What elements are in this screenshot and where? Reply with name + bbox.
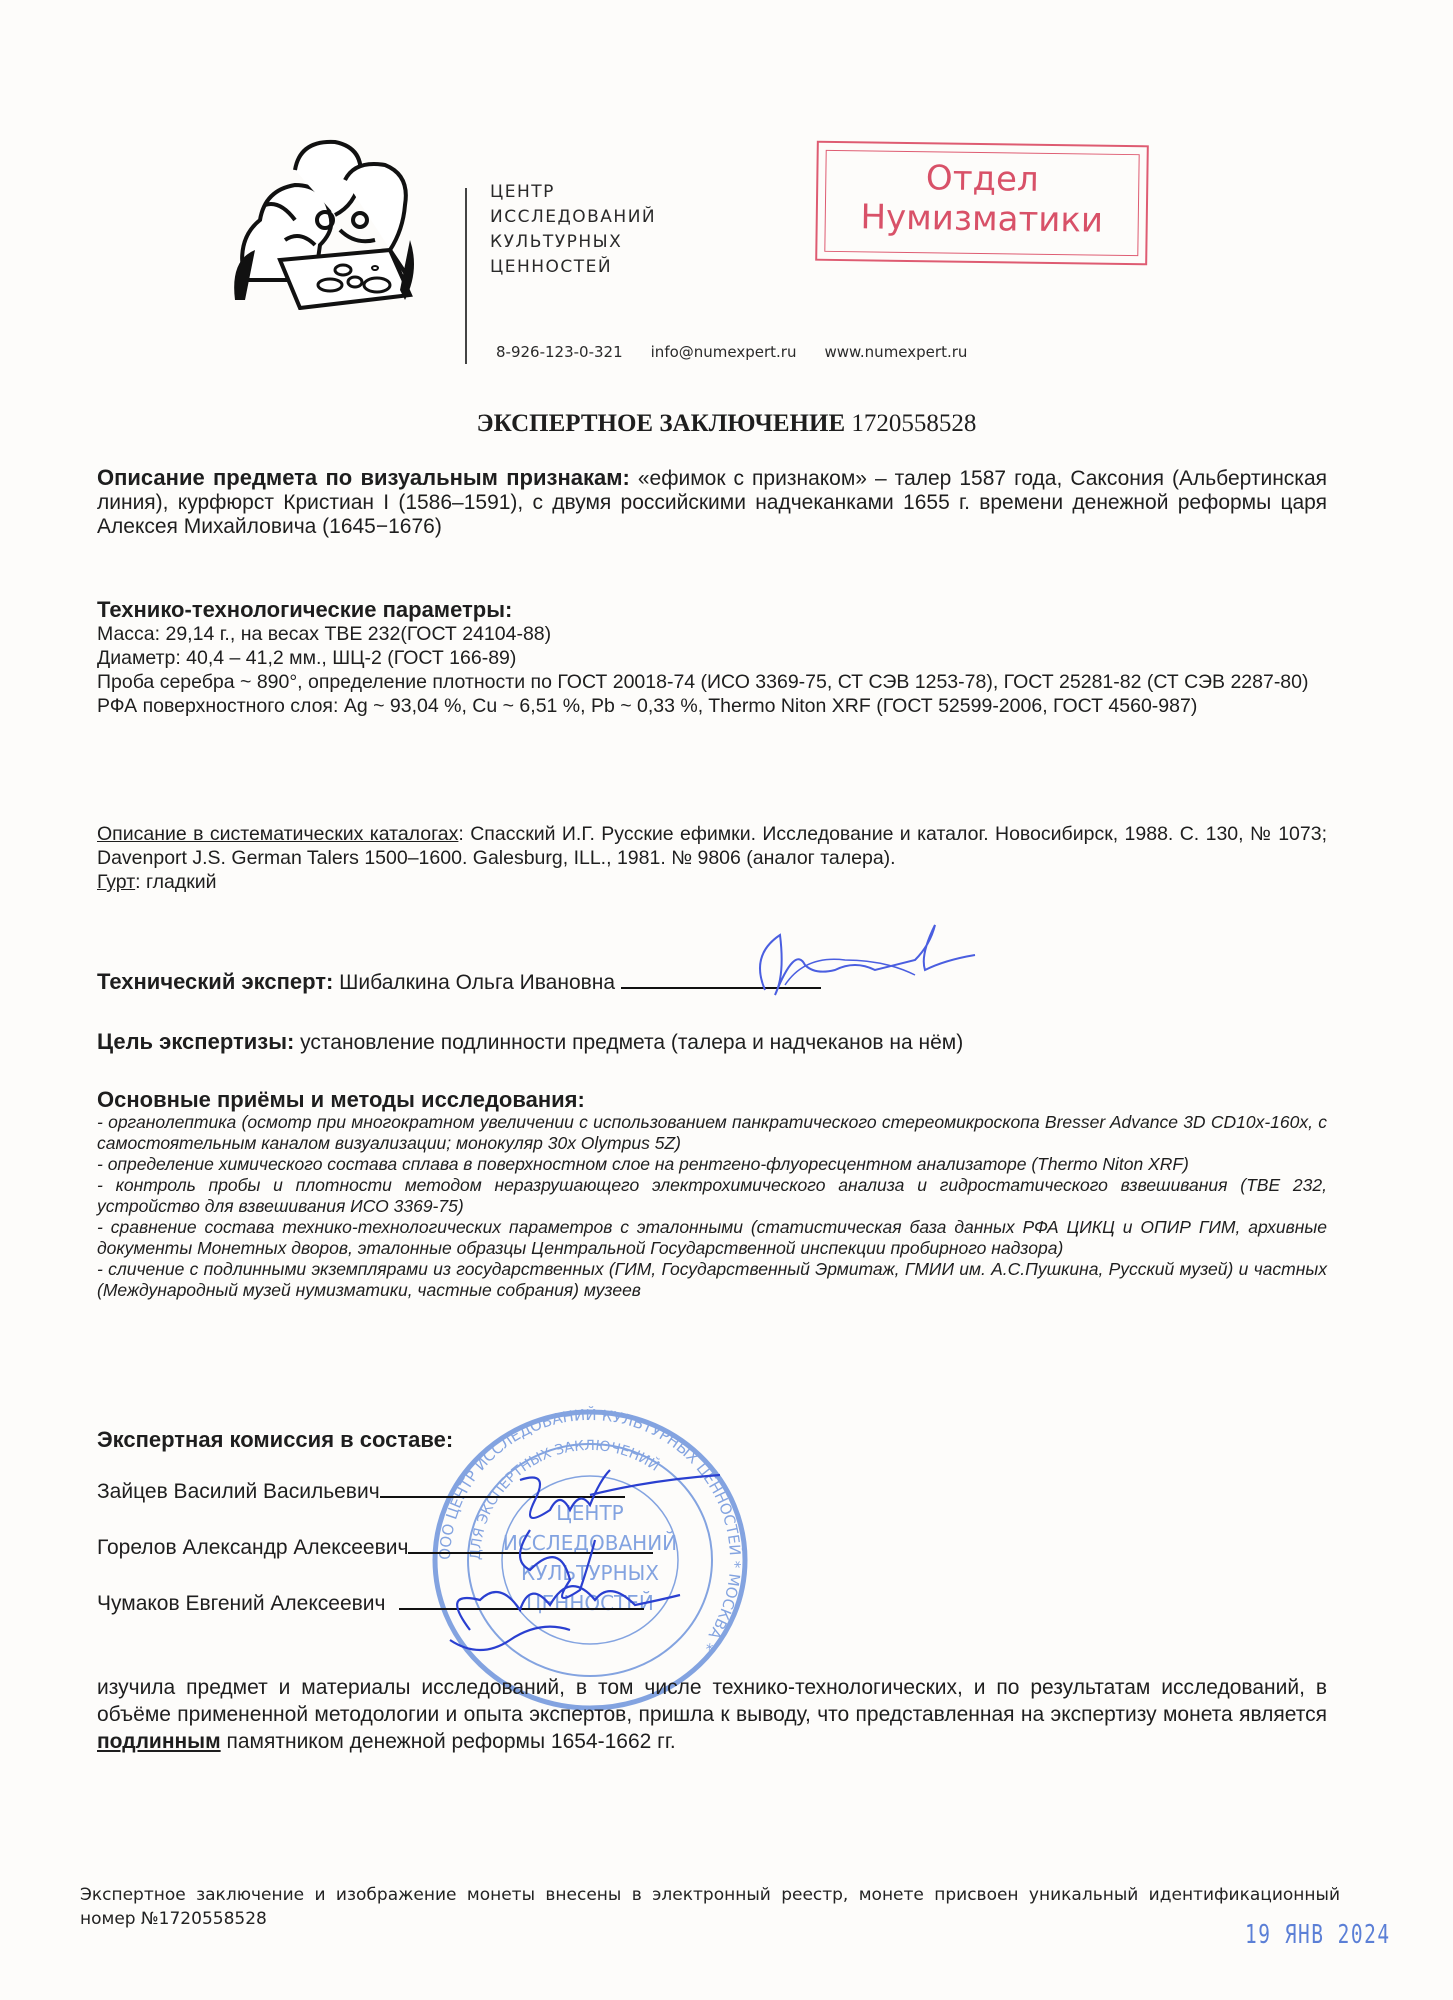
tech-expert-name: Шибалкина Ольга Ивановна	[333, 971, 621, 994]
catalogs-section: Описание в систематических каталогах: Сп…	[97, 822, 1327, 894]
goal-text: установление подлинности предмета (талер…	[294, 1031, 963, 1054]
department-stamp: Отдел Нумизматики	[815, 141, 1149, 266]
header-divider	[465, 188, 467, 364]
signature-line	[408, 1552, 653, 1554]
tech-expert-label: Технический эксперт:	[97, 969, 333, 994]
tech-expert-signature-line	[621, 987, 821, 989]
conclusion-paragraph: изучила предмет и материалы исследований…	[97, 1674, 1327, 1755]
signature-line	[399, 1608, 644, 1610]
website-link[interactable]: www.numexpert.ru	[824, 343, 967, 361]
contact-line: 8-926-123-0-321 info@numexpert.ru www.nu…	[496, 343, 967, 361]
commission-member: Зайцев Василий Васильевич	[97, 1480, 380, 1503]
phone: 8-926-123-0-321	[496, 343, 623, 361]
catalogs-label: Описание в систематических каталогах	[97, 823, 458, 845]
commission-member: Горелов Александр Алексеевич	[97, 1536, 408, 1559]
goal-line: Цель экспертизы: установление подлинност…	[97, 1030, 1327, 1055]
organization-name: ЦЕНТР ИССЛЕДОВАНИЙ КУЛЬТУРНЫХ ЦЕННОСТЕЙ	[490, 180, 656, 280]
tech-expert-line: Технический эксперт: Шибалкина Ольга Ива…	[97, 970, 1327, 995]
certificate-number: 1720558528	[851, 410, 976, 437]
technical-heading: Технико-технологические параметры:	[97, 598, 1327, 622]
methods-section: Основные приёмы и методы исследования: -…	[97, 1088, 1327, 1301]
logo-illustration	[225, 130, 425, 310]
fineness-line: Проба серебра ~ 890°, определение плотно…	[97, 670, 1327, 694]
method-item: - органолептика (осмотр при многократном…	[97, 1112, 1327, 1154]
conclusion-text: изучила предмет и материалы исследований…	[97, 1676, 1327, 1726]
methods-heading: Основные приёмы и методы исследования:	[97, 1088, 1327, 1112]
conclusion-text-end: памятником денежной реформы 1654-1662 гг…	[221, 1730, 676, 1753]
signature-line	[380, 1496, 625, 1498]
org-line-4: ЦЕННОСТЕЙ	[490, 255, 656, 280]
description-heading: Описание предмета по визуальным признака…	[97, 465, 630, 490]
diameter-line: Диаметр: 40,4 – 41,2 мм., ШЦ-2 (ГОСТ 166…	[97, 646, 1327, 670]
goal-label: Цель экспертизы:	[97, 1029, 294, 1054]
document-title: ЭКСПЕРТНОЕ ЗАКЛЮЧЕНИЕ 1720558528	[0, 410, 1453, 438]
edge-label: Гурт	[97, 871, 135, 893]
email-link[interactable]: info@numexpert.ru	[651, 343, 797, 361]
method-item: - сравнение состава технико-технологичес…	[97, 1217, 1327, 1259]
registry-note: Экспертное заключение и изображение моне…	[80, 1883, 1340, 1931]
method-item: - определение химического состава сплава…	[97, 1154, 1327, 1175]
title-label: ЭКСПЕРТНОЕ ЗАКЛЮЧЕНИЕ	[477, 410, 846, 437]
commission-member: Чумаков Евгений Алексеевич	[97, 1592, 385, 1615]
technical-section: Технико-технологические параметры: Масса…	[97, 598, 1327, 718]
stamp-line-2: Нумизматики	[818, 197, 1147, 242]
edge-value: : гладкий	[135, 871, 216, 893]
org-line-3: КУЛЬТУРНЫХ	[490, 230, 656, 255]
stamp-line-1: Отдел	[818, 157, 1147, 202]
org-line-1: ЦЕНТР	[490, 180, 656, 205]
method-item: - контроль пробы и плотности методом нер…	[97, 1175, 1327, 1217]
org-line-2: ИССЛЕДОВАНИЙ	[490, 205, 656, 230]
method-item: - сличение с подлинными экземплярами из …	[97, 1259, 1327, 1301]
description-section: Описание предмета по визуальным признака…	[97, 466, 1327, 539]
commission-section: Экспертная комиссия в составе: Зайцев Ва…	[97, 1428, 1327, 1616]
authenticity-verdict: подлинным	[97, 1730, 221, 1753]
mass-line: Масса: 29,14 г., на весах ТВЕ 232(ГОСТ 2…	[97, 622, 1327, 646]
date-stamp: 19 ЯНВ 2024	[1245, 1920, 1391, 1950]
xrf-line: РФА поверхностного слоя: Ag ~ 93,04 %, C…	[97, 694, 1327, 718]
commission-heading: Экспертная комиссия в составе:	[97, 1428, 1327, 1452]
